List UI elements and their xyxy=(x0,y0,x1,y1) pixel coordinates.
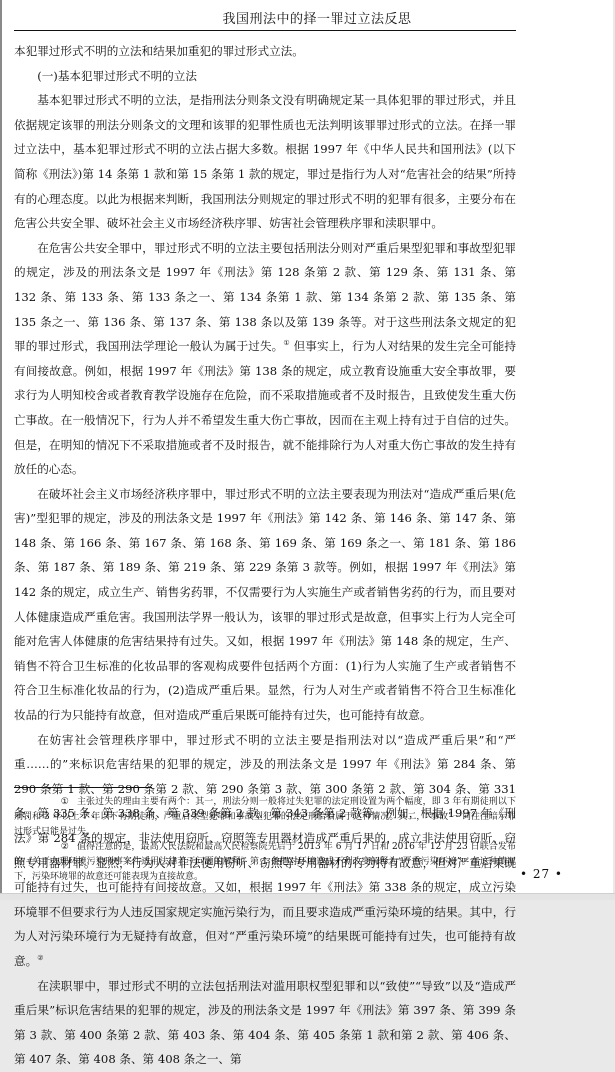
header-rule xyxy=(14,30,516,31)
footnote-text: 值得注意的是，最高人民法院和最高人民检察院先后于 2013 年 6 月 17 日… xyxy=(14,842,516,882)
paragraph: 在危害公共安全罪中，罪过形式不明的立法主要包括刑法分则对严重后果型犯罪和事故型犯… xyxy=(14,236,516,482)
paragraph: 基本犯罪过形式不明的立法，是指刑法分则条文没有明确规定某一具体犯罪的罪过形式，并… xyxy=(14,88,516,236)
footnote-rule xyxy=(14,787,152,788)
running-head: 我国刑法中的择一罪过立法反思 xyxy=(67,8,567,27)
paragraph-text: 在危害公共安全罪中，罪过形式不明的立法主要包括刑法分则对严重后果型犯罪和事故型犯… xyxy=(14,241,516,353)
document-page: 我国刑法中的择一罪过立法反思 本犯罪过形式不明的立法和结果加重犯的罪过形式立法。… xyxy=(0,0,613,893)
footnote-1: ①主张过失的理由主要有两个：其一，刑法分则一般将过失犯罪的法定刑设置为两个幅度，… xyxy=(14,795,516,840)
section-heading: (一)基本犯罪过形式不明的立法 xyxy=(14,64,516,89)
footnote-mark: ① xyxy=(37,795,68,810)
body-text: 本犯罪过形式不明的立法和结果加重犯的罪过形式立法。 (一)基本犯罪过形式不明的立… xyxy=(14,39,516,899)
paragraph: 在破坏社会主义市场经济秩序罪中，罪过形式不明的立法主要表现为刑法对“造成严重后果… xyxy=(14,482,516,728)
footnote-text: 主张过失的理由主要有两个：其一，刑法分则一般将过失犯罪的法定刑设置为两个幅度，即… xyxy=(14,797,516,837)
footnote-mark: ② xyxy=(37,840,68,855)
viewer-bottom-strip xyxy=(0,893,615,899)
page-number: • 27 • xyxy=(520,867,563,881)
paragraph-text-after: 但事实上，行为人对结果的发生完全可能持有间接故意。例如，根据 1997 年《刑法… xyxy=(14,339,516,476)
footnote-2: ②值得注意的是，最高人民法院和最高人民检察院先后于 2013 年 6 月 17 … xyxy=(14,840,516,885)
paragraph-continuation: 本犯罪过形式不明的立法和结果加重犯的罪过形式立法。 xyxy=(14,39,516,64)
footnotes: ①主张过失的理由主要有两个：其一，刑法分则一般将过失犯罪的法定刑设置为两个幅度，… xyxy=(14,795,516,885)
